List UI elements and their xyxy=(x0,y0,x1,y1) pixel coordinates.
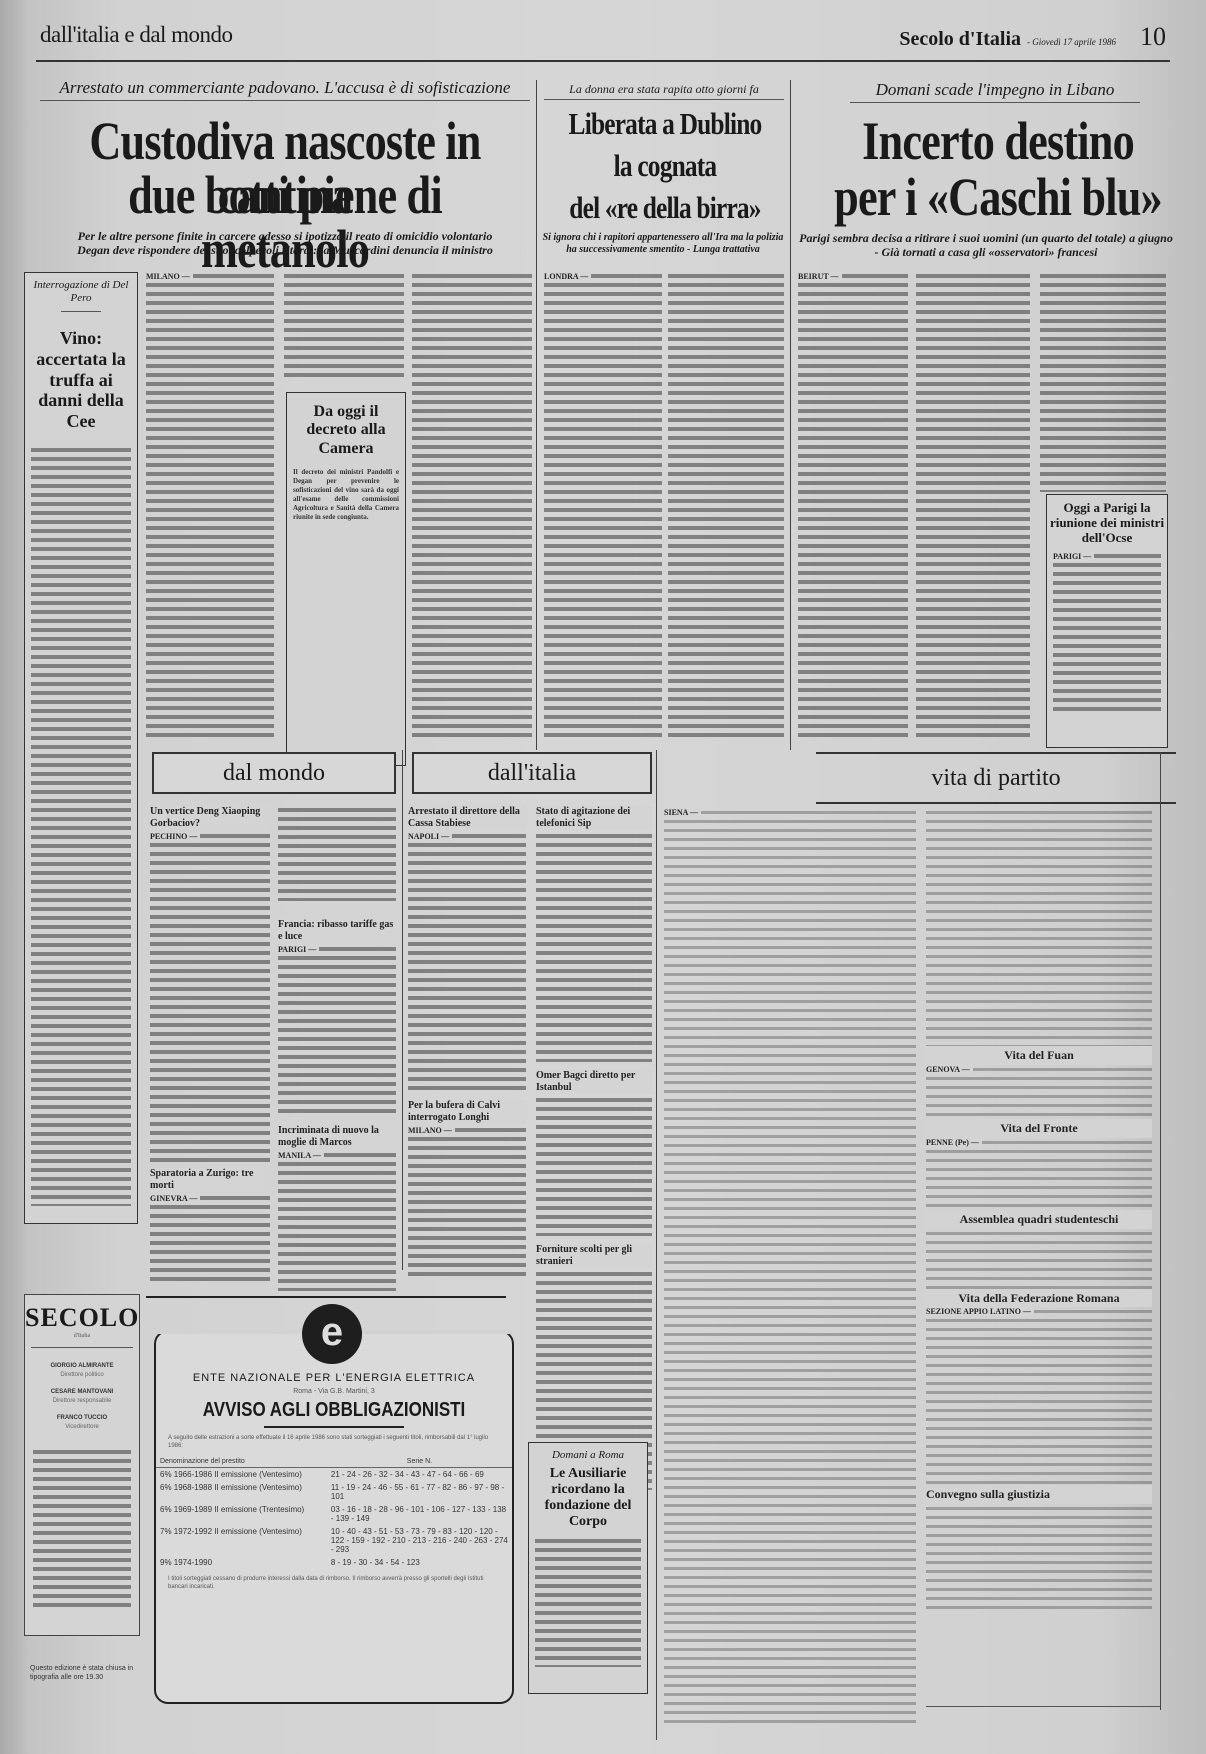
dublin-kicker: La donna era stata rapita otto giorni fa xyxy=(544,82,784,100)
ad-loan-name: 9% 1974-1990 xyxy=(156,1556,327,1569)
column-rule xyxy=(402,750,403,1270)
italy-item-title: Stato di agitazione dei telefonici Sip xyxy=(536,806,652,830)
world-item-body: PARIGI — xyxy=(278,945,396,1115)
ad-table-body: 6% 1966-1986 II emissione (Ventesimo)21 … xyxy=(156,1468,512,1570)
staff-entry: GIORGIO ALMIRANTEDirettore politico xyxy=(25,1362,139,1380)
box-bottom-rule xyxy=(926,1706,1160,1707)
party-entry: SIENA — xyxy=(664,808,701,817)
lead-deck: Per le altre persone finite in carcere a… xyxy=(38,230,532,258)
staff-role: Direttore responsabile xyxy=(25,1397,139,1406)
staff-name: CESARE MANTOVANI xyxy=(51,1389,113,1395)
italy-item-body xyxy=(536,832,652,1062)
auxiliary-title: Le Ausiliarie ricordano la fondazione de… xyxy=(529,1466,647,1530)
decree-box: Da oggi il decreto alla Camera Il decret… xyxy=(286,392,406,766)
ad-top-rule xyxy=(146,1296,506,1298)
staff-name: FRANCO TUCCIO xyxy=(57,1415,107,1421)
ad-intro: A seguito delle estrazioni a sorte effet… xyxy=(156,1434,512,1450)
oece-body-text: PARIGI — xyxy=(1053,552,1161,712)
auxiliary-kicker: Domani a Roma xyxy=(529,1449,647,1462)
ad-loan-name: 7% 1972-1992 II emissione (Ventesimo) xyxy=(156,1525,327,1556)
world-item-body: MANILA — xyxy=(278,1151,396,1291)
decree-title: Da oggi il decreto alla Camera xyxy=(287,403,405,458)
sidebar-rule xyxy=(61,311,101,312)
italy-item-body xyxy=(536,1096,652,1236)
ad-series-numbers: 21 - 24 - 26 - 32 - 34 - 43 - 47 - 64 - … xyxy=(327,1468,512,1482)
dall-italia-col-1: Arrestato il direttore della Cassa Stabi… xyxy=(408,806,526,1276)
party-listings-col-2 xyxy=(926,808,1152,1046)
italy-item-body: NAPOLI — xyxy=(408,832,526,1092)
lead-body-col-3 xyxy=(412,272,532,742)
world-item-title: Francia: ribasso tariffe gas e luce xyxy=(278,919,396,943)
sidebar-body-text xyxy=(31,446,131,1206)
ad-series-table: Denominazione del prestito Serie N. 6% 1… xyxy=(156,1456,512,1569)
section-vita-di-partito: vita di partito xyxy=(816,752,1176,804)
issue-date: - Giovedì 17 aprile 1986 xyxy=(1027,37,1116,47)
dal-mondo-col-1: Un vertice Deng Xiaoping Gorbaciov? PECH… xyxy=(150,806,270,1284)
dal-mondo-col-2: Francia: ribasso tariffe gas e luce PARI… xyxy=(278,806,396,1291)
party-subhead: Vita del Fronte xyxy=(926,1119,1152,1138)
dublin-headline-2: la cognata xyxy=(546,150,784,181)
party-subhead: Vita del Fuan xyxy=(926,1046,1152,1065)
enel-advertisement: ENTE NAZIONALE PER L'ENERGIA ELETTRICA R… xyxy=(154,1330,514,1704)
sidebar-kicker: Interrogazione di Del Pero xyxy=(25,279,137,305)
secolo-rule xyxy=(31,1347,133,1348)
ad-series-numbers: 8 - 19 - 30 - 34 - 54 - 123 xyxy=(327,1556,512,1569)
ad-organization: ENTE NAZIONALE PER L'ENERGIA ELETTRICA xyxy=(156,1372,512,1384)
italy-item-title: Omer Bagci diretto per Istanbul xyxy=(536,1070,652,1094)
world-item-dateline: PARIGI — xyxy=(278,945,319,954)
ad-col-header-series: Serie N. xyxy=(327,1456,512,1468)
world-item-title: Incriminata di nuovo la moglie di Marcos xyxy=(278,1125,396,1149)
lead-headline-2: due botti piene di metanolo xyxy=(51,168,518,276)
lead-body-col-2 xyxy=(284,272,404,380)
page-number: 10 xyxy=(1140,22,1166,52)
dublin-headline-3: del «re della birra» xyxy=(546,192,784,223)
lead-kicker: Arrestato un commerciante padovano. L'ac… xyxy=(40,78,530,101)
staff-entry: CESARE MANTOVANIDirettore responsabile xyxy=(25,1388,139,1406)
party-subsection-body xyxy=(926,1504,1152,1614)
ad-loan-name: 6% 1966-1986 II emissione (Ventesimo) xyxy=(156,1468,327,1482)
lebanon-dateline: BEIRUT — xyxy=(798,272,842,281)
dublin-deck: Si ignora chi i rapitori appartenessero … xyxy=(540,232,786,255)
lebanon-deck: Parigi sembra decisa a ritirare i suoi u… xyxy=(796,232,1176,260)
dublin-headline-1: Liberata a Dublino xyxy=(546,108,784,139)
lead-dateline: MILANO — xyxy=(146,272,193,281)
lead-body-col-1: MILANO — xyxy=(146,272,274,742)
ad-col-header-loan: Denominazione del prestito xyxy=(156,1456,327,1468)
ad-title-underline xyxy=(264,1426,404,1428)
header-rule xyxy=(36,60,1170,62)
dublin-body-col-2 xyxy=(668,272,784,742)
newspaper-page: dall'italia e dal mondo Secolo d'Italia … xyxy=(0,0,1206,1754)
ad-table-row: 6% 1968-1988 II emissione (Ventesimo)11 … xyxy=(156,1481,512,1503)
secolo-imprint-text xyxy=(33,1448,131,1608)
italy-item-title: Arrestato il direttore della Cassa Stabi… xyxy=(408,806,526,830)
world-item-body: GINEVRA — xyxy=(150,1194,270,1284)
lead-deck-line-1: Per le altre persone finite in carcere a… xyxy=(38,230,532,244)
world-item-body: PECHINO — xyxy=(150,832,270,1162)
oece-dateline: PARIGI — xyxy=(1053,552,1094,561)
secolo-staff-box: SECOLO d'Italia GIORGIO ALMIRANTEDiretto… xyxy=(24,1294,140,1636)
party-subhead: Assemblea quadri studenteschi xyxy=(926,1210,1152,1229)
ad-table-row: 9% 1974-19908 - 19 - 30 - 34 - 54 - 123 xyxy=(156,1556,512,1569)
section-dal-mondo: dal mondo xyxy=(152,752,396,794)
party-listings-col-1: SIENA — xyxy=(664,808,916,1728)
party-subsection-body: PENNE (Pe) — xyxy=(926,1138,1152,1210)
dublin-dateline: LONDRA — xyxy=(544,272,591,281)
staff-name: GIORGIO ALMIRANTE xyxy=(50,1363,113,1369)
party-entry: GENOVA — xyxy=(926,1065,973,1074)
ad-series-numbers: 03 - 16 - 18 - 28 - 96 - 101 - 106 - 127… xyxy=(327,1503,512,1525)
masthead: Secolo d'Italia - Giovedì 17 aprile 1986… xyxy=(899,22,1166,52)
ad-loan-name: 6% 1969-1989 II emissione (Trentesimo) xyxy=(156,1503,327,1525)
lead-deck-line-2: Degan deve rispondere dei suoi colpevoli… xyxy=(38,244,532,258)
section-running-head: dall'italia e dal mondo xyxy=(40,22,233,48)
lebanon-body-col-3 xyxy=(1040,272,1166,492)
party-col-1: SIENA — xyxy=(664,808,916,1728)
lebanon-headline-2: per i «Caschi blu» xyxy=(827,170,1168,224)
staff-entry: FRANCO TUCCIOVicedirettore xyxy=(25,1414,139,1432)
world-item-dateline: GINEVRA — xyxy=(150,1194,200,1203)
lebanon-headline-1: Incerto destino xyxy=(827,114,1168,168)
world-item-dateline: PECHINO — xyxy=(150,832,200,841)
sidebar-title: Vino: accertata la truffa ai danni della… xyxy=(25,318,137,431)
italy-item-dateline: MILANO — xyxy=(408,1126,455,1135)
italy-item-body: MILANO — xyxy=(408,1126,526,1276)
section-dall-italia: dall'italia xyxy=(412,752,652,794)
column-rule xyxy=(536,80,537,750)
world-item-title: Sparatoria a Zurigo: tre morti xyxy=(150,1168,270,1192)
party-entry: SEZIONE APPIO LATINO — xyxy=(926,1307,1034,1316)
ad-table-row: 6% 1969-1989 II emissione (Trentesimo)03… xyxy=(156,1503,512,1525)
column-rule xyxy=(790,80,791,750)
ad-table-row: 6% 1966-1986 II emissione (Ventesimo)21 … xyxy=(156,1468,512,1482)
party-entry: PENNE (Pe) — xyxy=(926,1138,982,1147)
masthead-title: Secolo d'Italia xyxy=(899,28,1021,51)
secolo-subtitle: d'Italia xyxy=(25,1333,139,1339)
italy-item-title: Forniture scolti per gli stranieri xyxy=(536,1244,652,1268)
lebanon-kicker: Domani scade l'impegno in Libano xyxy=(850,80,1140,103)
enel-logo-icon: e xyxy=(302,1304,362,1364)
party-subsection-body: SEZIONE APPIO LATINO — xyxy=(926,1307,1152,1485)
ad-address: Roma - Via G.B. Martini, 3 xyxy=(156,1388,512,1395)
italy-item-dateline: NAPOLI — xyxy=(408,832,452,841)
column-rule xyxy=(656,750,657,1740)
party-subsection-body xyxy=(926,1229,1152,1289)
auxiliary-body-text xyxy=(535,1537,641,1667)
party-subhead: Vita della Federazione Romana xyxy=(926,1289,1152,1307)
party-subhead: Convegno sulla giustizia xyxy=(926,1485,1152,1504)
closing-note: Questo edizione è stata chiusa in tipogr… xyxy=(30,1664,140,1682)
staff-role: Vicedirettore xyxy=(25,1423,139,1432)
wine-fraud-sidebar: Interrogazione di Del Pero Vino: accerta… xyxy=(24,272,138,1224)
secolo-title: SECOLO xyxy=(25,1303,139,1333)
italy-item-title: Per la bufera di Calvi interrogato Longh… xyxy=(408,1100,526,1124)
world-item-body xyxy=(278,806,396,901)
oece-title: Oggi a Parigi la riunione dei ministri d… xyxy=(1047,501,1167,546)
dublin-body-col-1: LONDRA — xyxy=(544,272,662,742)
ad-loan-name: 6% 1968-1988 II emissione (Ventesimo) xyxy=(156,1481,327,1503)
ad-series-numbers: 11 - 19 - 24 - 46 - 55 - 61 - 77 - 82 - … xyxy=(327,1481,512,1503)
staff-role: Direttore politico xyxy=(25,1371,139,1380)
ad-footnote: I titoli sorteggiati cessano di produrre… xyxy=(156,1569,512,1591)
party-subsection-body: GENOVA — xyxy=(926,1065,1152,1119)
auxiliary-box: Domani a Roma Le Ausiliarie ricordano la… xyxy=(528,1442,648,1694)
party-col-2: Vita del Fuan GENOVA — Vita del Fronte P… xyxy=(926,808,1152,1614)
ad-title: AVVISO AGLI OBBLIGAZIONISTI xyxy=(183,1399,486,1422)
decree-body-text: Il decreto dei ministri Pandolfi e Degan… xyxy=(293,468,399,748)
world-item-title: Un vertice Deng Xiaoping Gorbaciov? xyxy=(150,806,270,830)
oece-box: Oggi a Parigi la riunione dei ministri d… xyxy=(1046,494,1168,748)
ad-table-row: 7% 1972-1992 II emissione (Ventesimo)10 … xyxy=(156,1525,512,1556)
dall-italia-col-2: Stato di agitazione dei telefonici Sip O… xyxy=(536,806,652,1490)
column-rule xyxy=(1160,752,1161,1710)
world-item-dateline: MANILA — xyxy=(278,1151,324,1160)
ad-series-numbers: 10 - 40 - 43 - 51 - 53 - 73 - 79 - 83 - … xyxy=(327,1525,512,1556)
lebanon-body-col-1: BEIRUT — xyxy=(798,272,908,742)
lebanon-body-col-2 xyxy=(916,272,1030,742)
